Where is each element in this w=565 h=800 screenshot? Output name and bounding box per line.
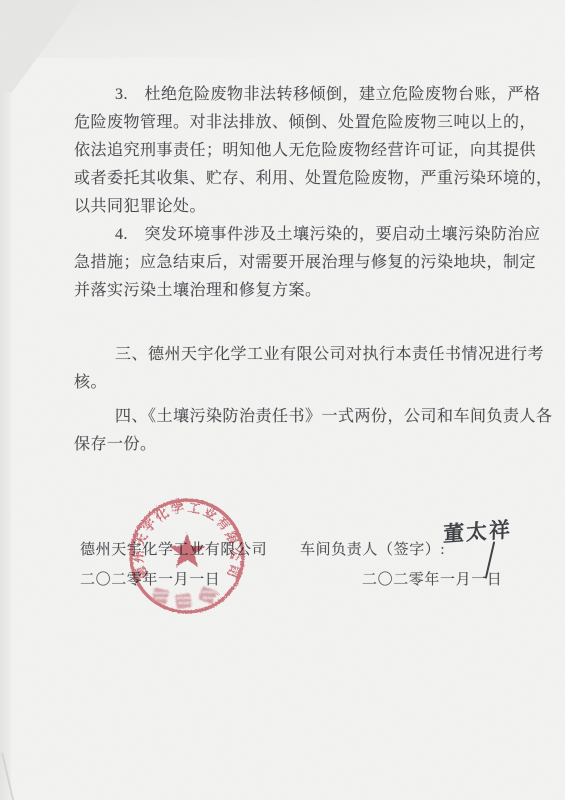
text-line: 3. 杜绝危险废物非法转移倾倒，建立危险废物台账，严格: [74, 81, 511, 109]
paragraph-3: 3. 杜绝危险废物非法转移倾倒，建立危险废物台账，严格 危险废物管理。对非法排放…: [74, 81, 511, 221]
text-line: 或者委托其收集、贮存、利用、处置危险废物，严重污染环境的，: [74, 165, 511, 193]
section-four: 四、《土壤污染防治责任书》一式两份，公司和车间负责人各 保存一份。: [74, 403, 511, 459]
scan-left-edge: [0, 0, 11, 800]
star-icon: [169, 533, 205, 567]
text-line: 4. 突发环境事件涉及土壤污染的，要启动土壤污染防治应: [74, 221, 511, 249]
text-line: 保存一份。: [74, 431, 511, 459]
text-line: 危险废物管理。对非法排放、倾倒、处置危险废物三吨以上的，: [74, 109, 511, 137]
workshop-signer-date: 二〇二零年一月一日: [362, 568, 502, 589]
handwritten-signature: 董太祥: [443, 514, 512, 549]
scan-top-shadow: [0, 0, 565, 58]
text-line: 三、德州天宇化学工业有限公司对执行本责任书情况进行考: [74, 341, 511, 369]
text-line: 以共同犯罪论处。: [74, 193, 511, 221]
text-line: 核。: [74, 369, 511, 397]
company-seal-stamp: 德州天宇化学工业有限公司 3716: [125, 494, 249, 618]
section-three: 三、德州天宇化学工业有限公司对执行本责任书情况进行考 核。: [74, 341, 511, 397]
scanned-document-page: 3. 杜绝危险废物非法转移倾倒，建立危险废物台账，严格 危险废物管理。对非法排放…: [0, 0, 565, 800]
paragraph-4: 4. 突发环境事件涉及土壤污染的，要启动土壤污染防治应 急措施；应急结束后，对需…: [74, 221, 511, 305]
text-line: 依法追究刑事责任；明知他人无危险废物经营许可证，向其提供: [74, 137, 511, 165]
text-line: 并落实污染土壤治理和修复方案。: [74, 277, 511, 305]
workshop-signer-label: 车间负责人（签字）:: [300, 538, 445, 559]
text-line: 急措施；应急结束后，对需要开展治理与修复的污染地块，制定: [74, 249, 511, 277]
document-body: 3. 杜绝危险废物非法转移倾倒，建立危险废物台账，严格 危险废物管理。对非法排放…: [74, 81, 511, 459]
text-line: 四、《土壤污染防治责任书》一式两份，公司和车间负责人各: [74, 403, 511, 431]
